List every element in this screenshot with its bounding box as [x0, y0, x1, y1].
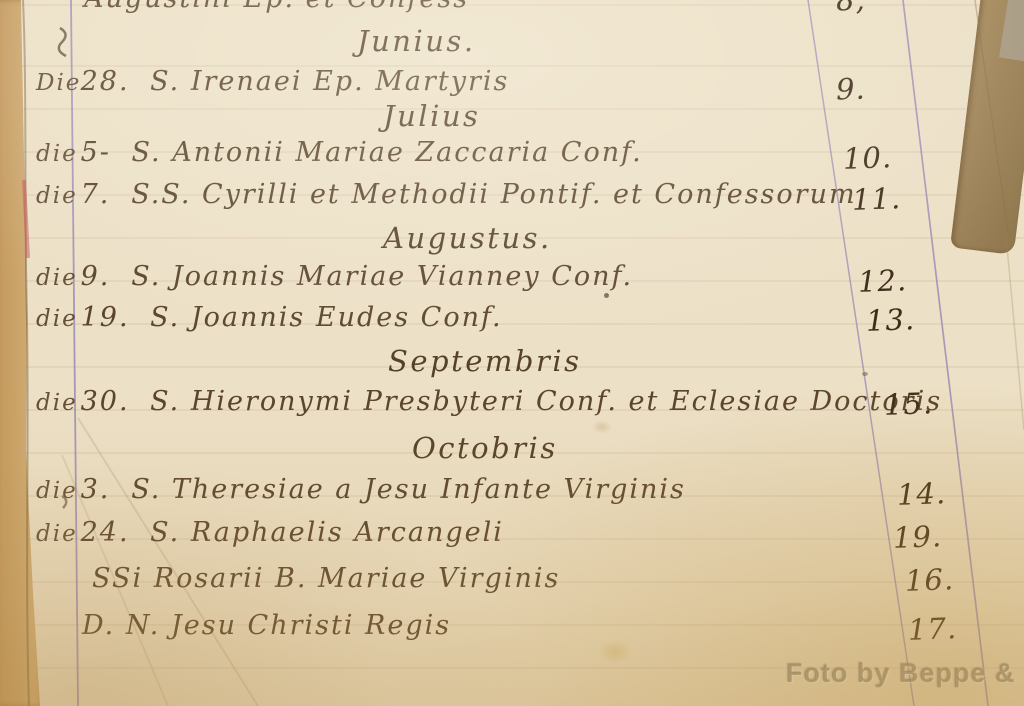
- calendar-entry: D. N. Jesu Christi Regis: [82, 610, 451, 641]
- feast-number: 15.: [883, 386, 933, 422]
- entry-feast-text: S. Irenaei Ep. Martyris: [150, 66, 509, 97]
- entry-feast-text: S. Hieronymi Presbyteri Conf. et Eclesia…: [150, 386, 942, 417]
- photo-watermark: Foto by Beppe & Ele.: [786, 658, 1024, 689]
- feast-number: 12.: [857, 263, 907, 299]
- feast-number: 16.: [904, 562, 954, 598]
- entry-die-label: die: [36, 478, 70, 504]
- calendar-entry: die 24. S. Raphaelis Arcangeli: [36, 517, 504, 548]
- month-header-octobris: Octobris: [412, 431, 558, 465]
- manuscript-photo: Augustini Ep. et Confess 8, Junius. Juli…: [0, 0, 1024, 706]
- calendar-entry: die 19. S. Joannis Eudes Conf.: [36, 302, 503, 333]
- entry-die-label: die: [36, 521, 70, 547]
- entry-day: 9.: [81, 261, 111, 292]
- entry-day: 30.: [81, 386, 130, 417]
- entry-day: 3.: [81, 474, 111, 505]
- feast-number: 9.: [835, 71, 866, 106]
- entry-feast-text: D. N. Jesu Christi Regis: [82, 610, 451, 641]
- entry-die-label: die: [36, 141, 70, 167]
- entry-day: 24.: [81, 517, 130, 548]
- book-edge-left: [0, 0, 44, 706]
- calendar-entry: die 3. S. Theresiae a Jesu Infante Virgi…: [36, 474, 686, 505]
- entry-feast-text: S. Joannis Eudes Conf.: [150, 302, 502, 333]
- paper-stain: [598, 640, 632, 664]
- margin-line: [71, 0, 78, 706]
- feast-number: 11.: [851, 181, 901, 217]
- entry-day: 5-: [81, 137, 111, 168]
- calendar-entry-clipped: Augustini Ep. et Confess: [84, 0, 469, 14]
- ink-speck: [862, 372, 868, 376]
- calendar-entry: die 9. S. Joannis Mariae Vianney Conf.: [36, 261, 633, 292]
- feast-number: 13.: [865, 302, 915, 338]
- calendar-entry: die 5- S. Antonii Mariae Zaccaria Conf.: [36, 137, 643, 168]
- calendar-entry: Die 28. S. Irenaei Ep. Martyris: [36, 66, 509, 97]
- entry-day: 7.: [81, 179, 111, 210]
- entry-feast-text: SSi Rosarii B. Mariae Virginis: [92, 563, 560, 594]
- paper-stain: [592, 420, 612, 434]
- feast-number: 10.: [842, 140, 892, 176]
- entry-feast-text: S. Joannis Mariae Vianney Conf.: [131, 261, 633, 292]
- calendar-entry: die 30. S. Hieronymi Presbyteri Conf. et…: [36, 386, 942, 417]
- month-header-julius: Julius: [383, 99, 480, 133]
- ink-speck: [604, 293, 609, 298]
- entry-day: 28.: [81, 66, 130, 97]
- entry-day: 19.: [81, 302, 130, 333]
- calendar-entry: SSi Rosarii B. Mariae Virginis: [92, 563, 560, 594]
- entry-feast-text: S. Raphaelis Arcangeli: [150, 517, 504, 548]
- feast-number: 17.: [907, 611, 957, 647]
- month-header-augustus: Augustus.: [383, 221, 552, 255]
- entry-die-label: die: [36, 306, 70, 332]
- entry-die-label: die: [36, 390, 70, 416]
- month-header-septembris: Septembris: [388, 344, 582, 378]
- entry-die-label: Die: [36, 70, 70, 96]
- entry-feast-text: S.S. Cyrilli et Methodii Pontif. et Conf…: [131, 179, 856, 210]
- entry-feast-text: S. Theresiae a Jesu Infante Virginis: [131, 474, 686, 505]
- feast-number-clipped: 8,: [835, 0, 866, 18]
- number-column-line-left: [808, 0, 914, 706]
- feast-number: 14.: [896, 476, 946, 512]
- feast-number: 19.: [892, 519, 942, 555]
- under-sheet-edge-line: [1006, 236, 1024, 430]
- crease-line-1: [78, 418, 258, 706]
- entry-die-label: die: [36, 183, 70, 209]
- month-header-junius: Junius.: [357, 24, 476, 58]
- entry-feast-text: S. Antonii Mariae Zaccaria Conf.: [132, 137, 643, 168]
- binding-thread-mark: [59, 28, 66, 56]
- entry-die-label: die: [36, 265, 70, 291]
- calendar-entry: die 7. S.S. Cyrilli et Methodii Pontif. …: [36, 179, 857, 210]
